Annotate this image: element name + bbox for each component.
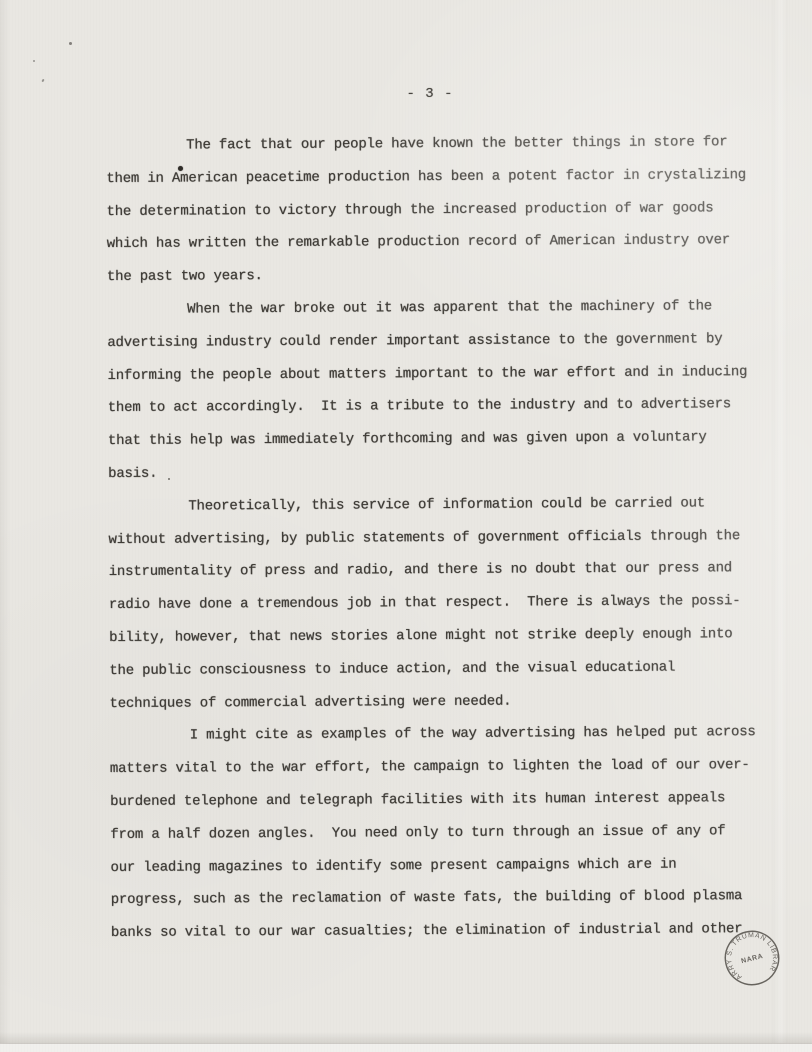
text-line: without advertising, by public statement… bbox=[108, 519, 798, 556]
text-line: the determination to victory through the… bbox=[106, 191, 796, 228]
text-line: The fact that our people have known the … bbox=[106, 126, 796, 163]
text-line: which has written the remarkable product… bbox=[107, 224, 797, 261]
text-line: the past two years. bbox=[107, 257, 797, 294]
page-bottom-edge bbox=[0, 1043, 812, 1052]
text-line: Theoretically, this service of informati… bbox=[108, 487, 798, 524]
text-line: advertising industry could render import… bbox=[107, 323, 797, 360]
stray-ink-dot bbox=[178, 166, 183, 171]
paper-speck bbox=[69, 42, 72, 45]
text-line: them to act accordingly. It is a tribute… bbox=[108, 388, 798, 425]
text-line: I might cite as examples of the way adve… bbox=[110, 716, 800, 753]
text-line: When the war broke out it was apparent t… bbox=[107, 290, 797, 327]
typewritten-text: The fact that our people have known the … bbox=[106, 126, 801, 950]
text-line: burdened telephone and telegraph facilit… bbox=[110, 782, 800, 819]
paragraph: Theoretically, this service of informati… bbox=[108, 487, 799, 721]
text-line: the public consciousness to induce actio… bbox=[109, 651, 799, 688]
page-left-edge-shading bbox=[0, 0, 10, 1052]
text-line: progress, such as the reclamation of was… bbox=[111, 880, 801, 917]
text-line: informing the people about matters impor… bbox=[107, 355, 797, 392]
text-line: banks so vital to our war casualties; th… bbox=[111, 913, 801, 950]
text-line: from a half dozen angles. You need only … bbox=[110, 815, 800, 852]
text-line: our leading magazines to identify some p… bbox=[110, 847, 800, 884]
text-line: bility, however, that news stories alone… bbox=[109, 618, 799, 655]
text-line: techniques of commercial advertising wer… bbox=[109, 683, 799, 720]
text-line: basis. bbox=[108, 454, 798, 491]
paper-speck bbox=[33, 60, 35, 62]
document-page: - 3 - The fact that our people have know… bbox=[0, 0, 812, 1052]
text-line: instrumentality of press and radio, and … bbox=[109, 552, 799, 589]
paragraph: The fact that our people have known the … bbox=[106, 126, 797, 294]
text-line: that this help was immediately forthcomi… bbox=[108, 421, 798, 458]
text-line: them in American peacetime production ha… bbox=[106, 159, 796, 196]
paper-speck bbox=[41, 79, 44, 83]
stamp-center-text: NARA bbox=[741, 953, 764, 965]
paragraph: When the war broke out it was apparent t… bbox=[107, 290, 798, 491]
page-number: - 3 - bbox=[406, 86, 453, 102]
text-line: radio have done a tremendous job in that… bbox=[109, 585, 799, 622]
paragraph: I might cite as examples of the way adve… bbox=[110, 716, 801, 950]
stray-ink-dot bbox=[168, 478, 170, 480]
text-line: matters vital to the war effort, the cam… bbox=[110, 749, 800, 786]
